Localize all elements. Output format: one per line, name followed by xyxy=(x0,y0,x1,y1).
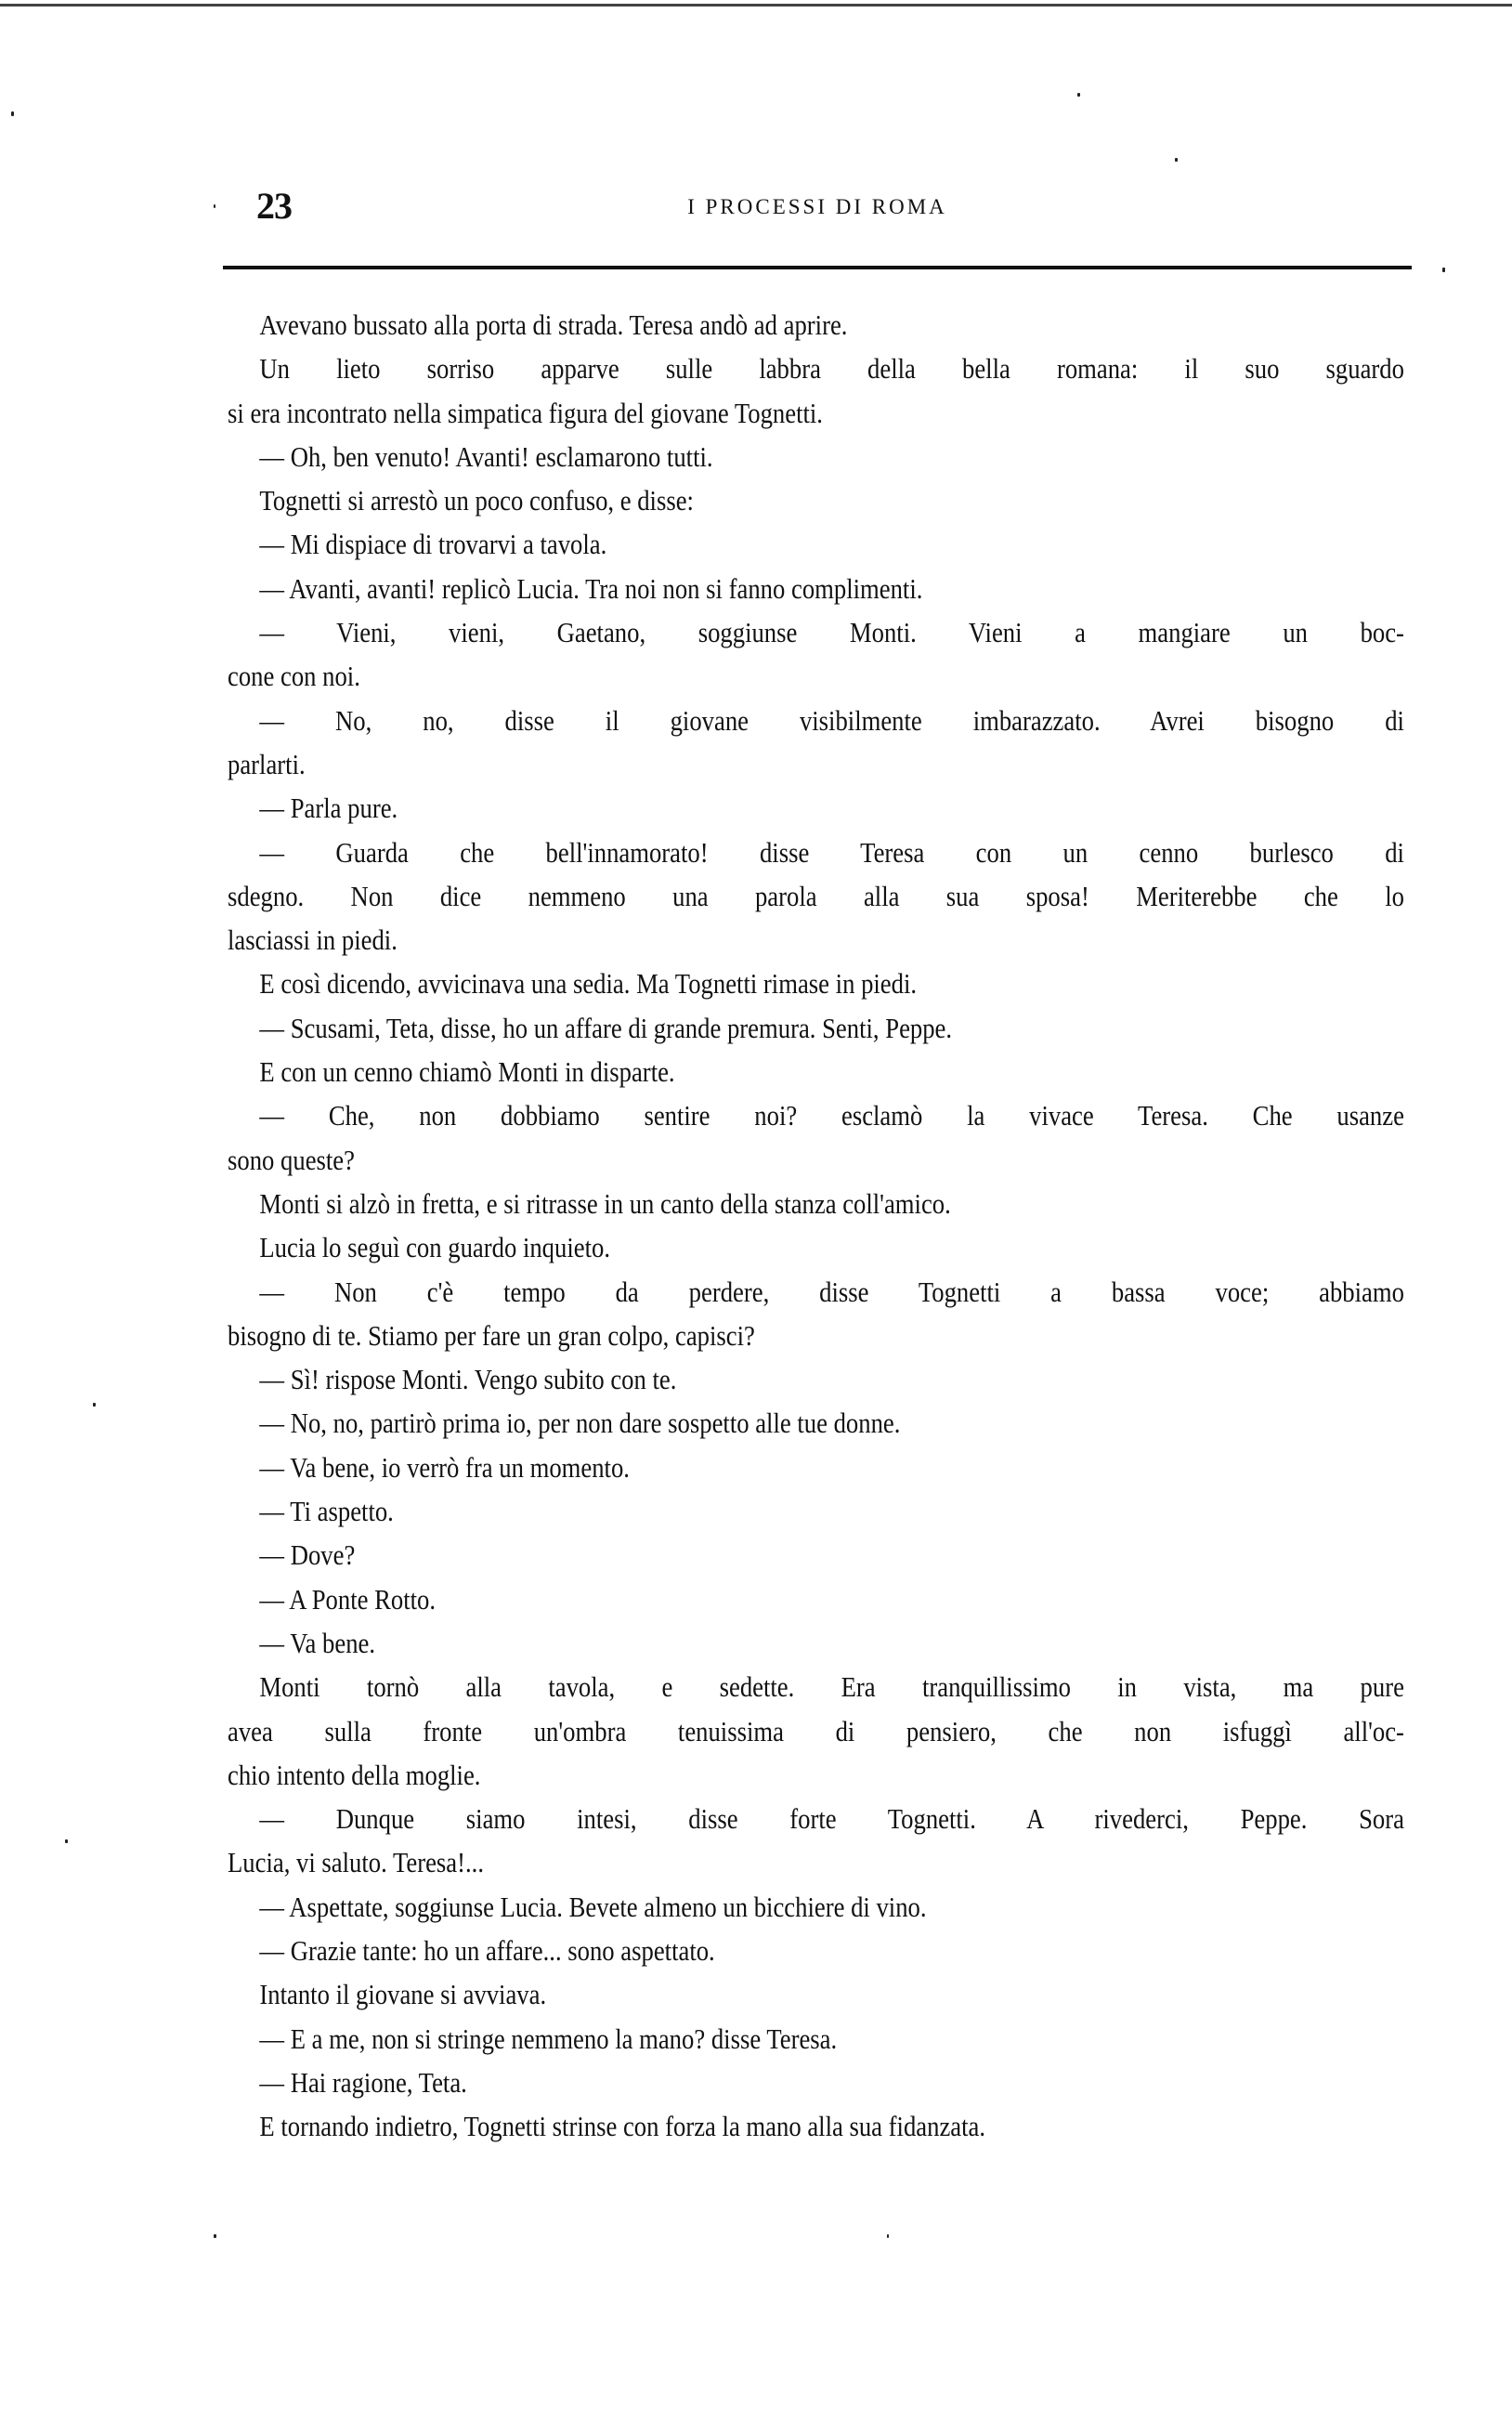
scan-speck xyxy=(887,2234,889,2238)
scan-speck xyxy=(214,2234,216,2238)
scan-speck xyxy=(1077,93,1080,97)
text-line: parlarti. xyxy=(228,742,1404,786)
scan-artifact-top-edge xyxy=(0,0,1512,13)
text-line: — Vieni, vieni, Gaetano, soggiunse Monti… xyxy=(228,610,1404,654)
text-line: — No, no, disse il giovane visibilmente … xyxy=(228,699,1404,742)
text-line: sdegno. Non dice nemmeno una parola alla… xyxy=(228,874,1404,918)
text-line: bisogno di te. Stiamo per fare un gran c… xyxy=(228,1314,1404,1357)
text-line: — Che, non dobbiamo sentire noi? esclamò… xyxy=(228,1093,1404,1137)
scan-speck xyxy=(1175,158,1178,162)
text-line: Tognetti si arrestò un poco confuso, e d… xyxy=(228,478,1404,522)
text-line: — Scusami, Teta, disse, ho un affare di … xyxy=(228,1006,1404,1050)
text-line: Monti si alzò in fretta, e si ritrasse i… xyxy=(228,1182,1404,1225)
text-line: Monti tornò alla tavola, e sedette. Era … xyxy=(228,1665,1404,1708)
running-title: I PROCESSI DI ROMA xyxy=(223,195,1412,219)
text-line: Intanto il giovane si avviava. xyxy=(228,1972,1404,2016)
text-line: chio intento della moglie. xyxy=(228,1753,1404,1797)
page-header: 23 I PROCESSI DI ROMA xyxy=(223,177,1412,232)
header-rule xyxy=(223,266,1412,269)
text-line: — Mi dispiace di trovarvi a tavola. xyxy=(228,522,1404,566)
text-line: — Dunque siamo intesi, disse forte Togne… xyxy=(228,1797,1404,1840)
text-line: — Avanti, avanti! replicò Lucia. Tra noi… xyxy=(228,567,1404,610)
text-line: Lucia lo seguì con guardo inquieto. xyxy=(228,1225,1404,1269)
text-line: — A Ponte Rotto. xyxy=(228,1577,1404,1621)
text-line: — Va bene. xyxy=(228,1621,1404,1665)
text-line: Lucia, vi saluto. Teresa!... xyxy=(228,1840,1404,1884)
text-line: — Va bene, io verrò fra un momento. xyxy=(228,1446,1404,1489)
text-line: — Oh, ben venuto! Avanti! esclamarono tu… xyxy=(228,435,1404,478)
text-line: E tornando indietro, Tognetti strinse co… xyxy=(228,2104,1404,2148)
text-line: avea sulla fronte un'ombra tenuissima di… xyxy=(228,1709,1404,1753)
text-line: E così dicendo, avvicinava una sedia. Ma… xyxy=(228,962,1404,1005)
text-line: — Grazie tante: ho un affare... sono asp… xyxy=(228,1929,1404,1972)
text-line: Avevano bussato alla porta di strada. Te… xyxy=(228,303,1404,347)
text-line: — Hai ragione, Teta. xyxy=(228,2061,1404,2104)
scan-speck xyxy=(11,111,14,116)
scan-speck xyxy=(214,204,215,208)
text-line: — Non c'è tempo da perdere, disse Tognet… xyxy=(228,1270,1404,1314)
scan-speck xyxy=(93,1403,96,1407)
text-line: sono queste? xyxy=(228,1138,1404,1182)
text-line: — Parla pure. xyxy=(228,786,1404,830)
text-line: — Guarda che bell'innamorato! disse Tere… xyxy=(228,831,1404,874)
text-line: — No, no, partirò prima io, per non dare… xyxy=(228,1401,1404,1445)
text-line: cone con noi. xyxy=(228,654,1404,698)
text-line: — Sì! rispose Monti. Vengo subito con te… xyxy=(228,1357,1404,1401)
text-line: — Dove? xyxy=(228,1533,1404,1577)
text-line: si era incontrato nella simpatica figura… xyxy=(228,391,1404,435)
text-line: — Aspettate, soggiunse Lucia. Bevete alm… xyxy=(228,1885,1404,1929)
body-text: Avevano bussato alla porta di strada. Te… xyxy=(228,303,1407,2148)
scan-speck xyxy=(65,1839,68,1843)
scan-edge-bar xyxy=(0,4,1512,7)
text-line: Un lieto sorriso apparve sulle labbra de… xyxy=(228,347,1404,390)
text-line: lasciassi in piedi. xyxy=(228,918,1404,962)
text-line: E con un cenno chiamò Monti in disparte. xyxy=(228,1050,1404,1093)
text-line: — E a me, non si stringe nemmeno la mano… xyxy=(228,2017,1404,2061)
scan-speck xyxy=(1442,268,1445,272)
text-line: — Ti aspetto. xyxy=(228,1489,1404,1533)
